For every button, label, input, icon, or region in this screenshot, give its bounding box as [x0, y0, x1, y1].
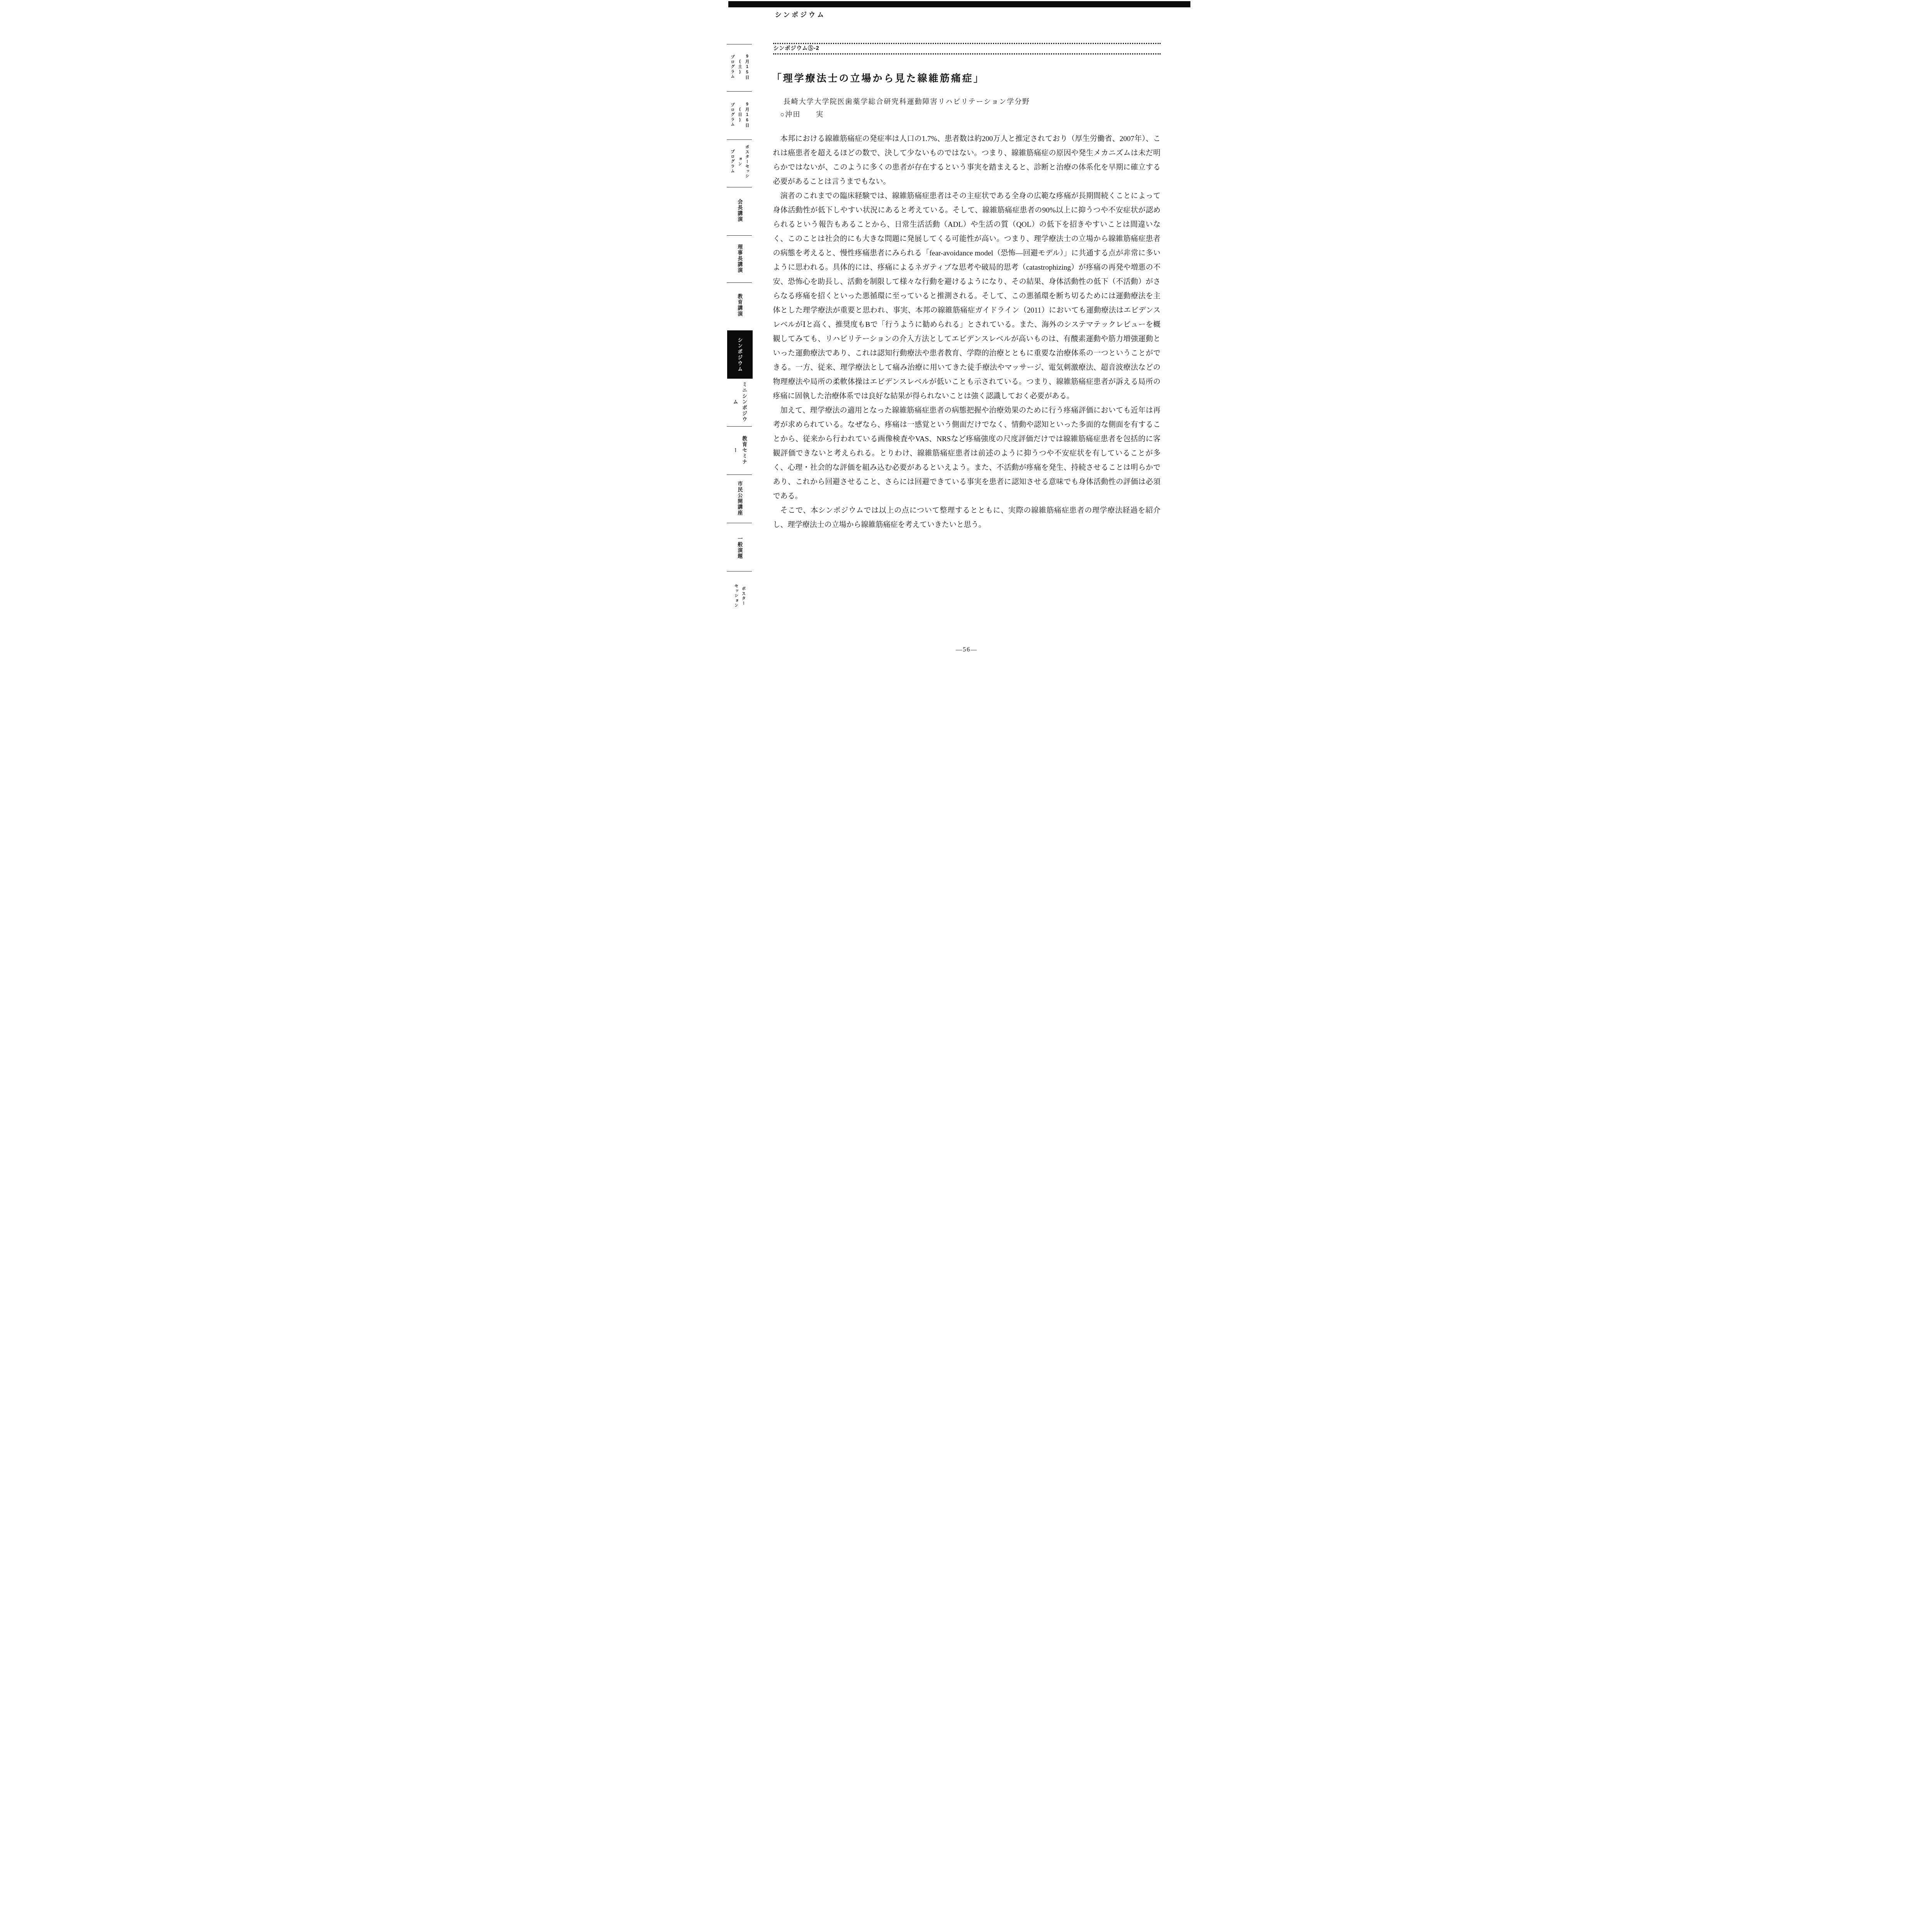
presenter-name: ○沖田 実 — [780, 109, 824, 119]
sidebar-separator — [727, 571, 752, 571]
sidebar-item-label: シンポジウム — [735, 337, 744, 372]
sidebar-separator — [727, 282, 752, 283]
sidebar-separator — [727, 235, 752, 236]
sidebar-item-poster-session: ポスター セッション — [727, 578, 753, 614]
page: シンポジウム 9月15日(土) プログラム9月16日(日) プログラムポスターセ… — [719, 0, 1198, 678]
sidebar-item-label: ミニシンポジウム — [731, 381, 749, 422]
body-paragraph: 加えて、理学療法の適用となった線維筋痛症患者の病態把握や治療効果のために行う疼痛… — [773, 403, 1161, 503]
sidebar-item-chairman-lecture: 理事長講演 — [727, 243, 753, 274]
abstract-title: 「理学療法士の立場から見た線維筋痛症」 — [772, 71, 985, 85]
sidebar-separator — [727, 426, 752, 427]
sidebar-item-mini-symposium: ミニシンポジウム — [727, 381, 753, 422]
affiliation: 長崎大学大学院医歯薬学総合研究科運動障害リハビリテーション学分野 — [784, 96, 1030, 106]
session-label: シンポジウム⑤-2 — [774, 43, 819, 53]
sidebar-item-label: ポスターセッション プログラム — [729, 143, 751, 180]
sidebar-item-label: ポスター セッション — [733, 584, 747, 608]
running-head: シンポジウム — [775, 9, 826, 19]
sidebar-item-symposium: シンポジウム — [727, 330, 753, 379]
sidebar-item-label: 教育セミナー — [731, 433, 749, 467]
sidebar-item-label: 9月16日(日) プログラム — [729, 99, 751, 131]
sidebar-item-label: 9月15日(土) プログラム — [729, 51, 751, 83]
sidebar-separator — [727, 139, 752, 140]
sidebar-item-public-lecture: 市民公開講座 — [727, 481, 753, 516]
sidebar-separator — [727, 91, 752, 92]
sidebar-item-label: 会長講演 — [735, 199, 744, 222]
sidebar-item-president-lecture: 会長講演 — [727, 198, 753, 223]
sidebar-item-program-sep16: 9月16日(日) プログラム — [727, 99, 753, 131]
sidebar-separator — [727, 187, 752, 187]
dotted-rule-bottom — [773, 53, 1161, 54]
sidebar-item-educational-seminar: 教育セミナー — [727, 433, 753, 467]
body-paragraph: そこで、本シンポジウムでは以上の点について整理するとともに、実際の線維筋痛症患者… — [773, 503, 1161, 532]
sidebar-item-educational-lecture: 教育講演 — [727, 293, 753, 318]
sidebar-item-label: 一般演題 — [735, 536, 744, 559]
sidebar-separator — [727, 474, 752, 475]
body-paragraph: 本邦における線維筋痛症の発症率は人口の1.7%、患者数は約200万人と推定されて… — [773, 132, 1161, 189]
abstract-body: 本邦における線維筋痛症の発症率は人口の1.7%、患者数は約200万人と推定されて… — [773, 132, 1161, 532]
page-number: ―56― — [773, 646, 1161, 653]
sidebar-item-general-presentation: 一般演題 — [727, 536, 753, 560]
sidebar-separator — [727, 44, 752, 44]
sidebar-item-label: 市民公開講座 — [735, 481, 744, 516]
dotted-rule-top — [773, 43, 1161, 44]
sidebar-item-label: 教育講演 — [735, 294, 744, 317]
body-paragraph: 演者のこれまでの臨床経験では、線維筋痛症患者はその主症状である全身の広範な疼痛が… — [773, 189, 1161, 403]
sidebar-item-program-sep15: 9月15日(土) プログラム — [727, 51, 753, 83]
sidebar-item-label: 理事長講演 — [735, 244, 744, 273]
top-black-bar — [728, 1, 1190, 7]
sidebar-item-program-poster: ポスターセッション プログラム — [727, 143, 753, 180]
sidebar-separator — [727, 523, 752, 523]
